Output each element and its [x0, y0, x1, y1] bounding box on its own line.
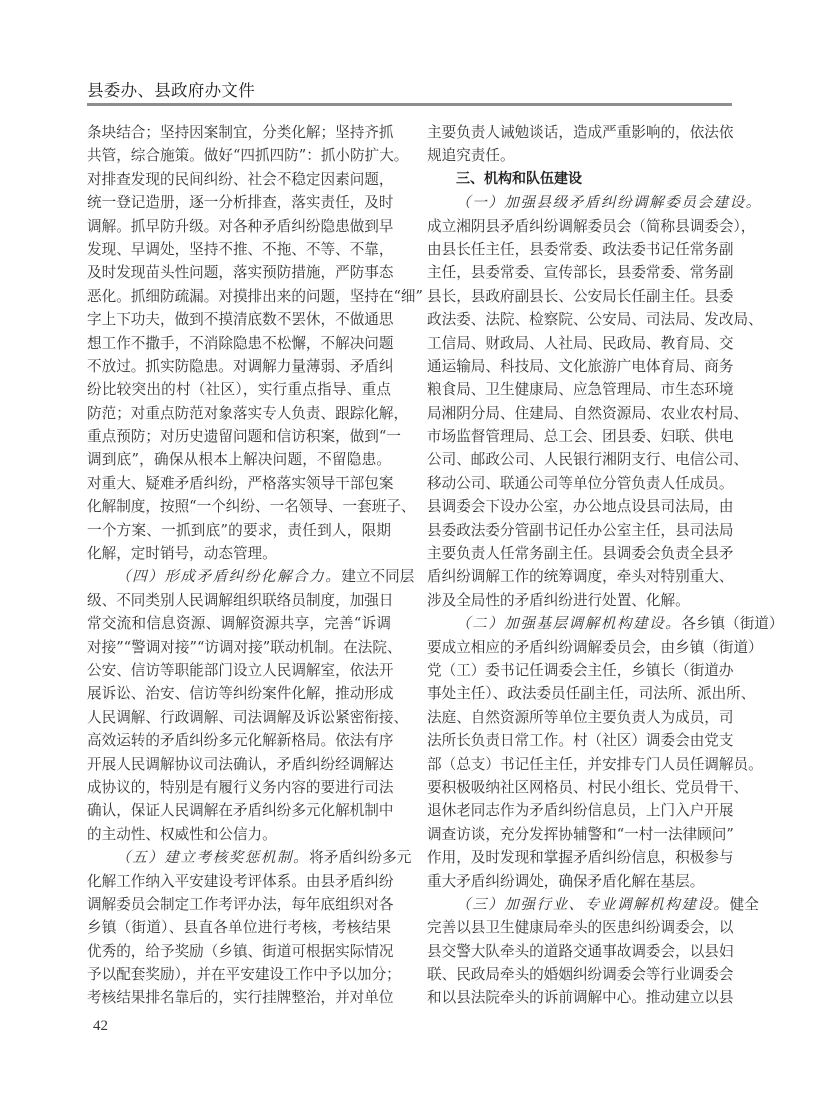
text-line: 联、民政局牵头的婚姻纠纷调委会等行业调委会 [427, 963, 731, 986]
line-text: 及时发现苗头性问题，落实预防措施，严防事态 [87, 264, 393, 281]
line-text: 公安、信访等职能部门设立人民调解室，依法开 [87, 662, 393, 679]
line-text: 化解，定时销号，动态管理。 [87, 545, 277, 562]
text-line: 工信局、财政局、人社局、民政局、教育局、交 [427, 332, 731, 355]
line-text: 县交警大队牵头的道路交通事故调委会，以县妇 [427, 943, 733, 960]
line-text: 要积极吸纳社区网格员、村民小组长、党员骨干、 [427, 779, 748, 796]
line-text: 人民调解、行政调解、司法调解及诉讼紧密衔接、 [87, 709, 408, 726]
line-text: 主要负责人任常务副主任。县调委会负责全县矛 [427, 545, 733, 562]
text-line: 想工作不撒手，不消除隐患不松懈，不解决问题 [87, 332, 391, 355]
line-text: 考核结果排名靠后的，实行挂牌整治，并对单位 [87, 989, 393, 1006]
line-text: 常交流和信息资源、调解资源共享，完善“诉调 [87, 615, 391, 632]
text-line: 退休老同志作为矛盾纠纷信息员，上门入户开展 [427, 799, 731, 822]
text-line: 党（工）委书记任调委会主任，乡镇长（街道办 [427, 659, 731, 682]
line-text: 县长，县政府副县长、公安局长任副主任。县委 [427, 288, 733, 305]
text-line: 完善以县卫生健康局牵头的医患纠纷调委会，以 [427, 916, 731, 939]
line-text: 对排查发现的民间纠纷、社会不稳定因素问题， [87, 171, 393, 188]
text-line: 县调委会下设办公室，办公地点设县司法局，由 [427, 495, 731, 518]
line-text: 由县长任主任，县委常委、政法委书记任常务副 [427, 241, 733, 258]
line-text: 调查访谈，充分发挥协辅警和“一村一法律顾问” [427, 826, 734, 843]
line-text: 完善以县卫生健康局牵头的医患纠纷调委会，以 [427, 919, 733, 936]
text-line: 涉及全局性的矛盾纠纷进行处置、化解。 [427, 589, 731, 612]
text-line: 要成立相应的矛盾纠纷调解委员会，由乡镇（街道） [427, 636, 731, 659]
text-line: 局湘阴分局、住建局、自然资源局、农业农村局、 [427, 402, 731, 425]
line-text: 主要负责人诫勉谈话，造成严重影响的，依法依 [427, 124, 733, 141]
line-text: 字上下功夫，做到不摸清底数不罢休，不做通思 [87, 311, 393, 328]
line-text: 统一登记造册，逐一分析排查，落实责任，及时 [87, 194, 393, 211]
line-text: 建立不同层 [341, 568, 414, 585]
text-line: 部（总支）书记任主任，并安排专门人员任调解员。 [427, 753, 731, 776]
text-line: 和以县法院牵头的诉前调解中心。推动建立以县 [427, 986, 731, 1009]
text-line: 不放过。抓实防隐患。对调解力量薄弱、矛盾纠 [87, 355, 391, 378]
line-text: 条块结合；坚持因案制宜，分类化解；坚持齐抓 [87, 124, 393, 141]
text-line: 常交流和信息资源、调解资源共享，完善“诉调 [87, 612, 391, 635]
text-line: 调查访谈，充分发挥协辅警和“一村一法律顾问” [427, 823, 731, 846]
line-text: 恶化。抓细防疏漏。对摸排出来的问题，坚持在“细” [87, 288, 423, 305]
line-text: 涉及全局性的矛盾纠纷进行处置、化解。 [427, 592, 690, 609]
text-line: 县长，县政府副县长、公安局长任副主任。县委 [427, 285, 731, 308]
line-text: 作用，及时发现和掌握矛盾纠纷信息，积极参与 [427, 849, 733, 866]
line-text: 要成立相应的矛盾纠纷调解委员会，由乡镇（街道） [427, 639, 763, 656]
text-line: 人民调解、行政调解、司法调解及诉讼紧密衔接、 [87, 706, 391, 729]
line-text: 发现、早调处，坚持不推、不拖、不等、不靠， [87, 241, 393, 258]
line-text: 县调委会下设办公室，办公地点设县司法局，由 [427, 498, 733, 515]
text-line: 调到底”，确保从根本上解决问题，不留隐患。 [87, 448, 391, 471]
text-line: 重点预防；对历史遗留问题和信访积案，做到“一 [87, 425, 391, 448]
text-line: 移动公司、联通公司等单位分管负责人任成员。 [427, 472, 731, 495]
line-text: 一个方案、一抓到底”的要求，责任到人，限期 [87, 522, 391, 539]
text-line: 高效运转的矛盾纠纷多元化解新格局。依法有序 [87, 729, 391, 752]
text-line: 字上下功夫，做到不摸清底数不罢休，不做通思 [87, 308, 391, 331]
subsection-title: （四）形成矛盾纠纷化解合力。 [116, 568, 341, 585]
line-text: 党（工）委书记任调委会主任，乡镇长（街道办 [427, 662, 733, 679]
line-text: 盾纠纷调解工作的统筹调度，牵头对特别重大、 [427, 568, 733, 585]
line-text: 重点预防；对历史遗留问题和信访积案，做到“一 [87, 428, 401, 445]
text-line: 条块结合；坚持因案制宜，分类化解；坚持齐抓 [87, 121, 391, 144]
subsection-title: （三）加强行业、专业调解机构建设。 [456, 896, 730, 913]
text-line: 县交警大队牵头的道路交通事故调委会，以县妇 [427, 940, 731, 963]
line-text: 高效运转的矛盾纠纷多元化解新格局。依法有序 [87, 732, 393, 749]
line-text: 移动公司、联通公司等单位分管负责人任成员。 [427, 475, 733, 492]
text-line: 考核结果排名靠后的，实行挂牌整治，并对单位 [87, 986, 391, 1009]
text-line: 盾纠纷调解工作的统筹调度，牵头对特别重大、 [427, 565, 731, 588]
text-line: 公安、信访等职能部门设立人民调解室，依法开 [87, 659, 391, 682]
line-text: 调到底”，确保从根本上解决问题，不留隐患。 [87, 451, 391, 468]
text-line: 规追究责任。 [427, 144, 731, 167]
line-text: 纷比较突出的村（社区），实行重点指导、重点 [87, 381, 391, 398]
line-text: 级、不同类别人民调解组织联络员制度，加强日 [87, 592, 393, 609]
line-text: 化解制度，按照“一个纠纷、一名领导、一套班子、 [87, 498, 416, 515]
text-line: 对排查发现的民间纠纷、社会不稳定因素问题， [87, 168, 391, 191]
text-line: （四）形成矛盾纠纷化解合力。建立不同层 [87, 565, 391, 588]
text-line: （一）加强县级矛盾纠纷调解委员会建设。 [427, 191, 731, 214]
text-line: 县委政法委分管副书记任办公室主任，县司法局 [427, 519, 731, 542]
line-text: 市场监督管理局、总工会、团县委、妇联、供电 [427, 428, 733, 445]
text-line: 政法委、法院、检察院、公安局、司法局、发改局、 [427, 308, 731, 331]
line-text: 政法委、法院、检察院、公安局、司法局、发改局、 [427, 311, 763, 328]
text-line: （三）加强行业、专业调解机构建设。健全 [427, 893, 731, 916]
text-line: 开展人民调解协议司法确认，矛盾纠纷经调解达 [87, 753, 391, 776]
line-text: 的主动性、权威性和公信力。 [87, 826, 277, 843]
text-line: 一个方案、一抓到底”的要求，责任到人，限期 [87, 519, 391, 542]
section-heading: 三、机构和队伍建设 [427, 168, 731, 191]
text-line: 成协议的，特别是有履行义务内容的要进行司法 [87, 776, 391, 799]
line-text: 将矛盾纠纷多元 [309, 849, 411, 866]
text-line: 防范；对重点防范对象落实专人负责、跟踪化解， [87, 402, 391, 425]
text-line: 的主动性、权威性和公信力。 [87, 823, 391, 846]
line-text: 优秀的，给予奖励（乡镇、街道可根据实际情况 [87, 943, 393, 960]
left-column: 条块结合；坚持因案制宜，分类化解；坚持齐抓共管，综合施策。做好“四抓四防”：抓小… [87, 121, 391, 1010]
line-text: 成立湘阴县矛盾纠纷调解委员会（简称县调委会）， [427, 218, 755, 235]
line-text: 不放过。抓实防隐患。对调解力量薄弱、矛盾纠 [87, 358, 393, 375]
line-text: 重大矛盾纠纷调处，确保矛盾化解在基层。 [427, 873, 704, 890]
text-line: 由县长任主任，县委常委、政法委书记任常务副 [427, 238, 731, 261]
line-text: 法所长负责日常工作。村（社区）调委会由党支 [427, 732, 733, 749]
text-line: 化解，定时销号，动态管理。 [87, 542, 391, 565]
text-line: 粮食局、卫生健康局、应急管理局、市生态环境 [427, 378, 731, 401]
line-text: 公司、邮政公司、人民银行湘阴支行、电信公司、 [427, 451, 748, 468]
line-text: 和以县法院牵头的诉前调解中心。推动建立以县 [427, 989, 733, 1006]
line-text: 开展人民调解协议司法确认，矛盾纠纷经调解达 [87, 756, 393, 773]
right-column: 主要负责人诫勉谈话，造成严重影响的，依法依规追究责任。三、机构和队伍建设（一）加… [427, 121, 731, 1010]
line-text: 乡镇（街道）、县直各单位进行考核，考核结果 [87, 919, 391, 936]
line-text: 确认，保证人民调解在矛盾纠纷多元化解机制中 [87, 802, 393, 819]
text-line: 事处主任）、政法委员任副主任，司法所、派出所、 [427, 682, 731, 705]
subsection-title: （五）建立考核奖惩机制。 [116, 849, 309, 866]
header-title: 县委办、县政府办文件 [87, 80, 732, 102]
text-line: 确认，保证人民调解在矛盾纠纷多元化解机制中 [87, 799, 391, 822]
text-line: 主任，县委常委、宣传部长，县委常委、常务副 [427, 261, 731, 284]
text-line: 法所长负责日常工作。村（社区）调委会由党支 [427, 729, 731, 752]
line-text: 调解。抓早防升级。对各种矛盾纠纷隐患做到早 [87, 218, 393, 235]
line-text: 事处主任）、政法委员任副主任，司法所、派出所、 [427, 685, 755, 702]
line-text: 各乡镇（街道） [681, 615, 783, 632]
text-line: 市场监督管理局、总工会、团县委、妇联、供电 [427, 425, 731, 448]
text-line: 发现、早调处，坚持不推、不拖、不等、不靠， [87, 238, 391, 261]
text-line: 恶化。抓细防疏漏。对摸排出来的问题，坚持在“细” [87, 285, 391, 308]
text-line: 优秀的，给予奖励（乡镇、街道可根据实际情况 [87, 940, 391, 963]
line-text: 粮食局、卫生健康局、应急管理局、市生态环境 [427, 381, 733, 398]
text-line: 及时发现苗头性问题，落实预防措施，严防事态 [87, 261, 391, 284]
text-line: 对接”“警调对接”“访调对接”联动机制。在法院、 [87, 636, 391, 659]
line-text: 予以配套奖励），并在平安建设工作中予以加分； [87, 966, 401, 983]
header-divider [87, 103, 732, 106]
text-line: 通运输局、科技局、文化旅游广电体育局、商务 [427, 355, 731, 378]
line-text: 化解工作纳入平安建设考评体系。由县矛盾纠纷 [87, 873, 393, 890]
text-line: 对重大、疑难矛盾纠纷，严格落实领导干部包案 [87, 472, 391, 495]
text-line: 法庭、自然资源所等单位主要负责人为成员，司 [427, 706, 731, 729]
line-text: 调解委员会制定工作考评办法，每年底组织对各 [87, 896, 393, 913]
text-line: 级、不同类别人民调解组织联络员制度，加强日 [87, 589, 391, 612]
line-text: 想工作不撒手，不消除隐患不松懈，不解决问题 [87, 335, 393, 352]
line-text: 对接”“警调对接”“访调对接”联动机制。在法院、 [87, 639, 402, 656]
subsection-title: （二）加强基层调解机构建设。 [456, 615, 681, 632]
running-header: 县委办、县政府办文件 [87, 80, 732, 102]
line-text: 通运输局、科技局、文化旅游广电体育局、商务 [427, 358, 733, 375]
text-line: 要积极吸纳社区网格员、村民小组长、党员骨干、 [427, 776, 731, 799]
text-line: 统一登记造册，逐一分析排查，落实责任，及时 [87, 191, 391, 214]
text-line: 重大矛盾纠纷调处，确保矛盾化解在基层。 [427, 870, 731, 893]
text-line: （五）建立考核奖惩机制。将矛盾纠纷多元 [87, 846, 391, 869]
line-text: 健全 [730, 896, 759, 913]
line-text: 局湘阴分局、住建局、自然资源局、农业农村局、 [427, 405, 748, 422]
text-line: 化解制度，按照“一个纠纷、一名领导、一套班子、 [87, 495, 391, 518]
line-text: 部（总支）书记任主任，并安排专门人员任调解员。 [427, 756, 763, 773]
text-line: 调解。抓早防升级。对各种矛盾纠纷隐患做到早 [87, 215, 391, 238]
line-text: 三、机构和队伍建设 [456, 171, 582, 187]
text-line: 主要负责人任常务副主任。县调委会负责全县矛 [427, 542, 731, 565]
subsection-title: （一）加强县级矛盾纠纷调解委员会建设。 [456, 194, 762, 211]
line-text: 展诉讼、治安、信访等纠纷案件化解，推动形成 [87, 685, 393, 702]
text-line: 展诉讼、治安、信访等纠纷案件化解，推动形成 [87, 682, 391, 705]
text-line: 化解工作纳入平安建设考评体系。由县矛盾纠纷 [87, 870, 391, 893]
line-text: 工信局、财政局、人社局、民政局、教育局、交 [427, 335, 733, 352]
text-line: 共管，综合施策。做好“四抓四防”：抓小防扩大。 [87, 144, 391, 167]
line-text: 联、民政局牵头的婚姻纠纷调委会等行业调委会 [427, 966, 733, 983]
text-line: （二）加强基层调解机构建设。各乡镇（街道） [427, 612, 731, 635]
text-line: 公司、邮政公司、人民银行湘阴支行、电信公司、 [427, 448, 731, 471]
line-text: 对重大、疑难矛盾纠纷，严格落实领导干部包案 [87, 475, 393, 492]
line-text: 主任，县委常委、宣传部长，县委常委、常务副 [427, 264, 733, 281]
line-text: 成协议的，特别是有履行义务内容的要进行司法 [87, 779, 393, 796]
line-text: 防范；对重点防范对象落实专人负责、跟踪化解， [87, 405, 408, 422]
line-text: 共管，综合施策。做好“四抓四防”：抓小防扩大。 [87, 147, 408, 164]
line-text: 县委政法委分管副书记任办公室主任，县司法局 [427, 522, 733, 539]
text-line: 乡镇（街道）、县直各单位进行考核，考核结果 [87, 916, 391, 939]
text-line: 成立湘阴县矛盾纠纷调解委员会（简称县调委会）， [427, 215, 731, 238]
line-text: 退休老同志作为矛盾纠纷信息员，上门入户开展 [427, 802, 733, 819]
text-line: 予以配套奖励），并在平安建设工作中予以加分； [87, 963, 391, 986]
text-line: 主要负责人诫勉谈话，造成严重影响的，依法依 [427, 121, 731, 144]
text-line: 纷比较突出的村（社区），实行重点指导、重点 [87, 378, 391, 401]
text-line: 作用，及时发现和掌握矛盾纠纷信息，积极参与 [427, 846, 731, 869]
line-text: 规追究责任。 [427, 147, 515, 164]
page-number: 42 [93, 1018, 108, 1035]
line-text: 法庭、自然资源所等单位主要负责人为成员，司 [427, 709, 733, 726]
text-line: 调解委员会制定工作考评办法，每年底组织对各 [87, 893, 391, 916]
